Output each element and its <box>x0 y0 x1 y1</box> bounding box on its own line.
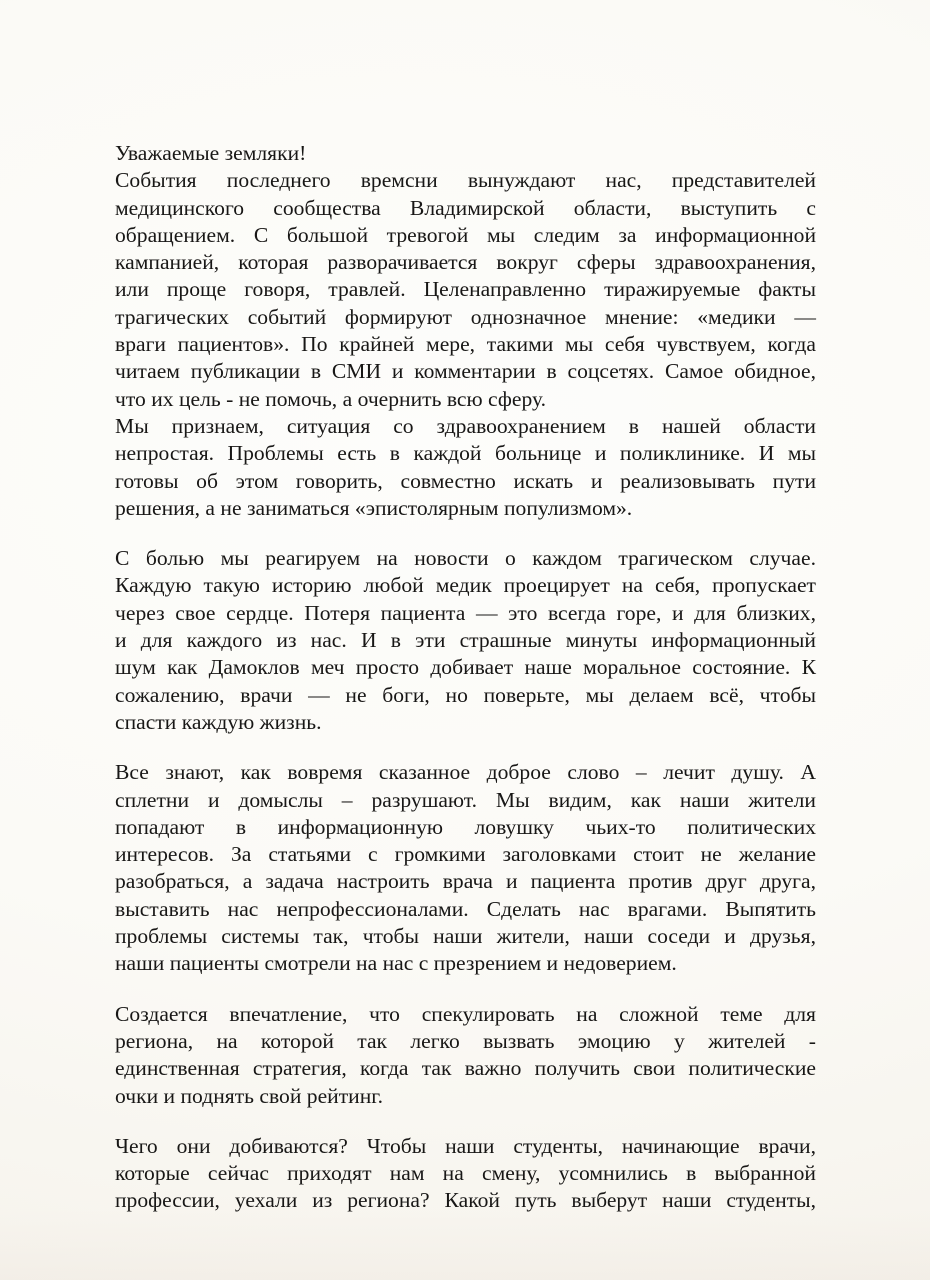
text-line: выставить нас непрофессионалами. Сделать… <box>115 896 816 923</box>
text-line: События последнего времсни вынуждают нас… <box>115 167 816 194</box>
text-line: готовы об этом говорить, совместно искат… <box>115 468 816 495</box>
text-line: решения, а не заниматься «эпистолярным п… <box>115 495 816 522</box>
text-line: сожалению, врачи — не боги, но поверьте,… <box>115 682 816 709</box>
text-line: очки и поднять свой рейтинг. <box>115 1083 816 1110</box>
text-line: через свое сердце. Потеря пациента — это… <box>115 600 816 627</box>
text-line: С болью мы реагируем на новости о каждом… <box>115 545 816 572</box>
text-line: которые сейчас приходят нам на смену, ус… <box>115 1160 816 1187</box>
text-line: или проще говоря, травлей. Целенаправлен… <box>115 276 816 303</box>
paragraph-admission: Мы признаем, ситуация со здравоохранение… <box>115 413 816 522</box>
paragraph-intro: События последнего времсни вынуждают нас… <box>115 167 816 413</box>
text-line: враги пациентов». По крайней мере, таким… <box>115 331 816 358</box>
text-line: непростая. Проблемы есть в каждой больни… <box>115 440 816 467</box>
text-line: единственная стратегия, когда так важно … <box>115 1055 816 1082</box>
text-line: профессии, уехали из региона? Какой путь… <box>115 1187 816 1214</box>
text-line: обращением. С большой тревогой мы следим… <box>115 222 816 249</box>
text-line: читаем публикации в СМИ и комментарии в … <box>115 358 816 385</box>
text-line: проблемы системы так, чтобы наши жители,… <box>115 923 816 950</box>
paragraph-gossip: Все знают, как вовремя сказанное доброе … <box>115 759 816 977</box>
text-line: трагических событий формируют однозначно… <box>115 304 816 331</box>
text-line: разобраться, а задача настроить врача и … <box>115 868 816 895</box>
text-line: спасти каждую жизнь. <box>115 709 816 736</box>
text-line: медицинского сообщества Владимирской обл… <box>115 195 816 222</box>
letter-body: Уважаемые земляки! События последнего вр… <box>115 140 816 1215</box>
text-line: что их цель - не помочь, а очернить всю … <box>115 386 816 413</box>
paragraph-students: Чего они добиваются? Чтобы наши студенты… <box>115 1133 816 1215</box>
text-line: и для каждого из нас. И в эти страшные м… <box>115 627 816 654</box>
text-line: наши пациенты смотрели на нас с презрени… <box>115 950 816 977</box>
letter-greeting: Уважаемые земляки! <box>115 140 816 167</box>
text-line: кампанией, которая разворачивается вокру… <box>115 249 816 276</box>
text-line: Мы признаем, ситуация со здравоохранение… <box>115 413 816 440</box>
text-line: попадают в информационную ловушку чьих-т… <box>115 814 816 841</box>
paragraph-speculation: Создается впечатление, что спекулировать… <box>115 1001 816 1110</box>
text-line: Все знают, как вовремя сказанное доброе … <box>115 759 816 786</box>
text-line: шум как Дамоклов меч просто добивает наш… <box>115 654 816 681</box>
text-line: Каждую такую историю любой медик проецир… <box>115 572 816 599</box>
text-line: сплетни и домыслы – разрушают. Мы видим,… <box>115 787 816 814</box>
paragraph-grief: С болью мы реагируем на новости о каждом… <box>115 545 816 736</box>
text-line: региона, на которой так легко вызвать эм… <box>115 1028 816 1055</box>
text-line: Чего они добиваются? Чтобы наши студенты… <box>115 1133 816 1160</box>
text-line: интересов. За статьями с громкими заголо… <box>115 841 816 868</box>
text-line: Создается впечатление, что спекулировать… <box>115 1001 816 1028</box>
scanned-letter-page: Уважаемые земляки! События последнего вр… <box>0 0 930 1280</box>
letter-greeting-paragraph: Уважаемые земляки! <box>115 140 816 167</box>
